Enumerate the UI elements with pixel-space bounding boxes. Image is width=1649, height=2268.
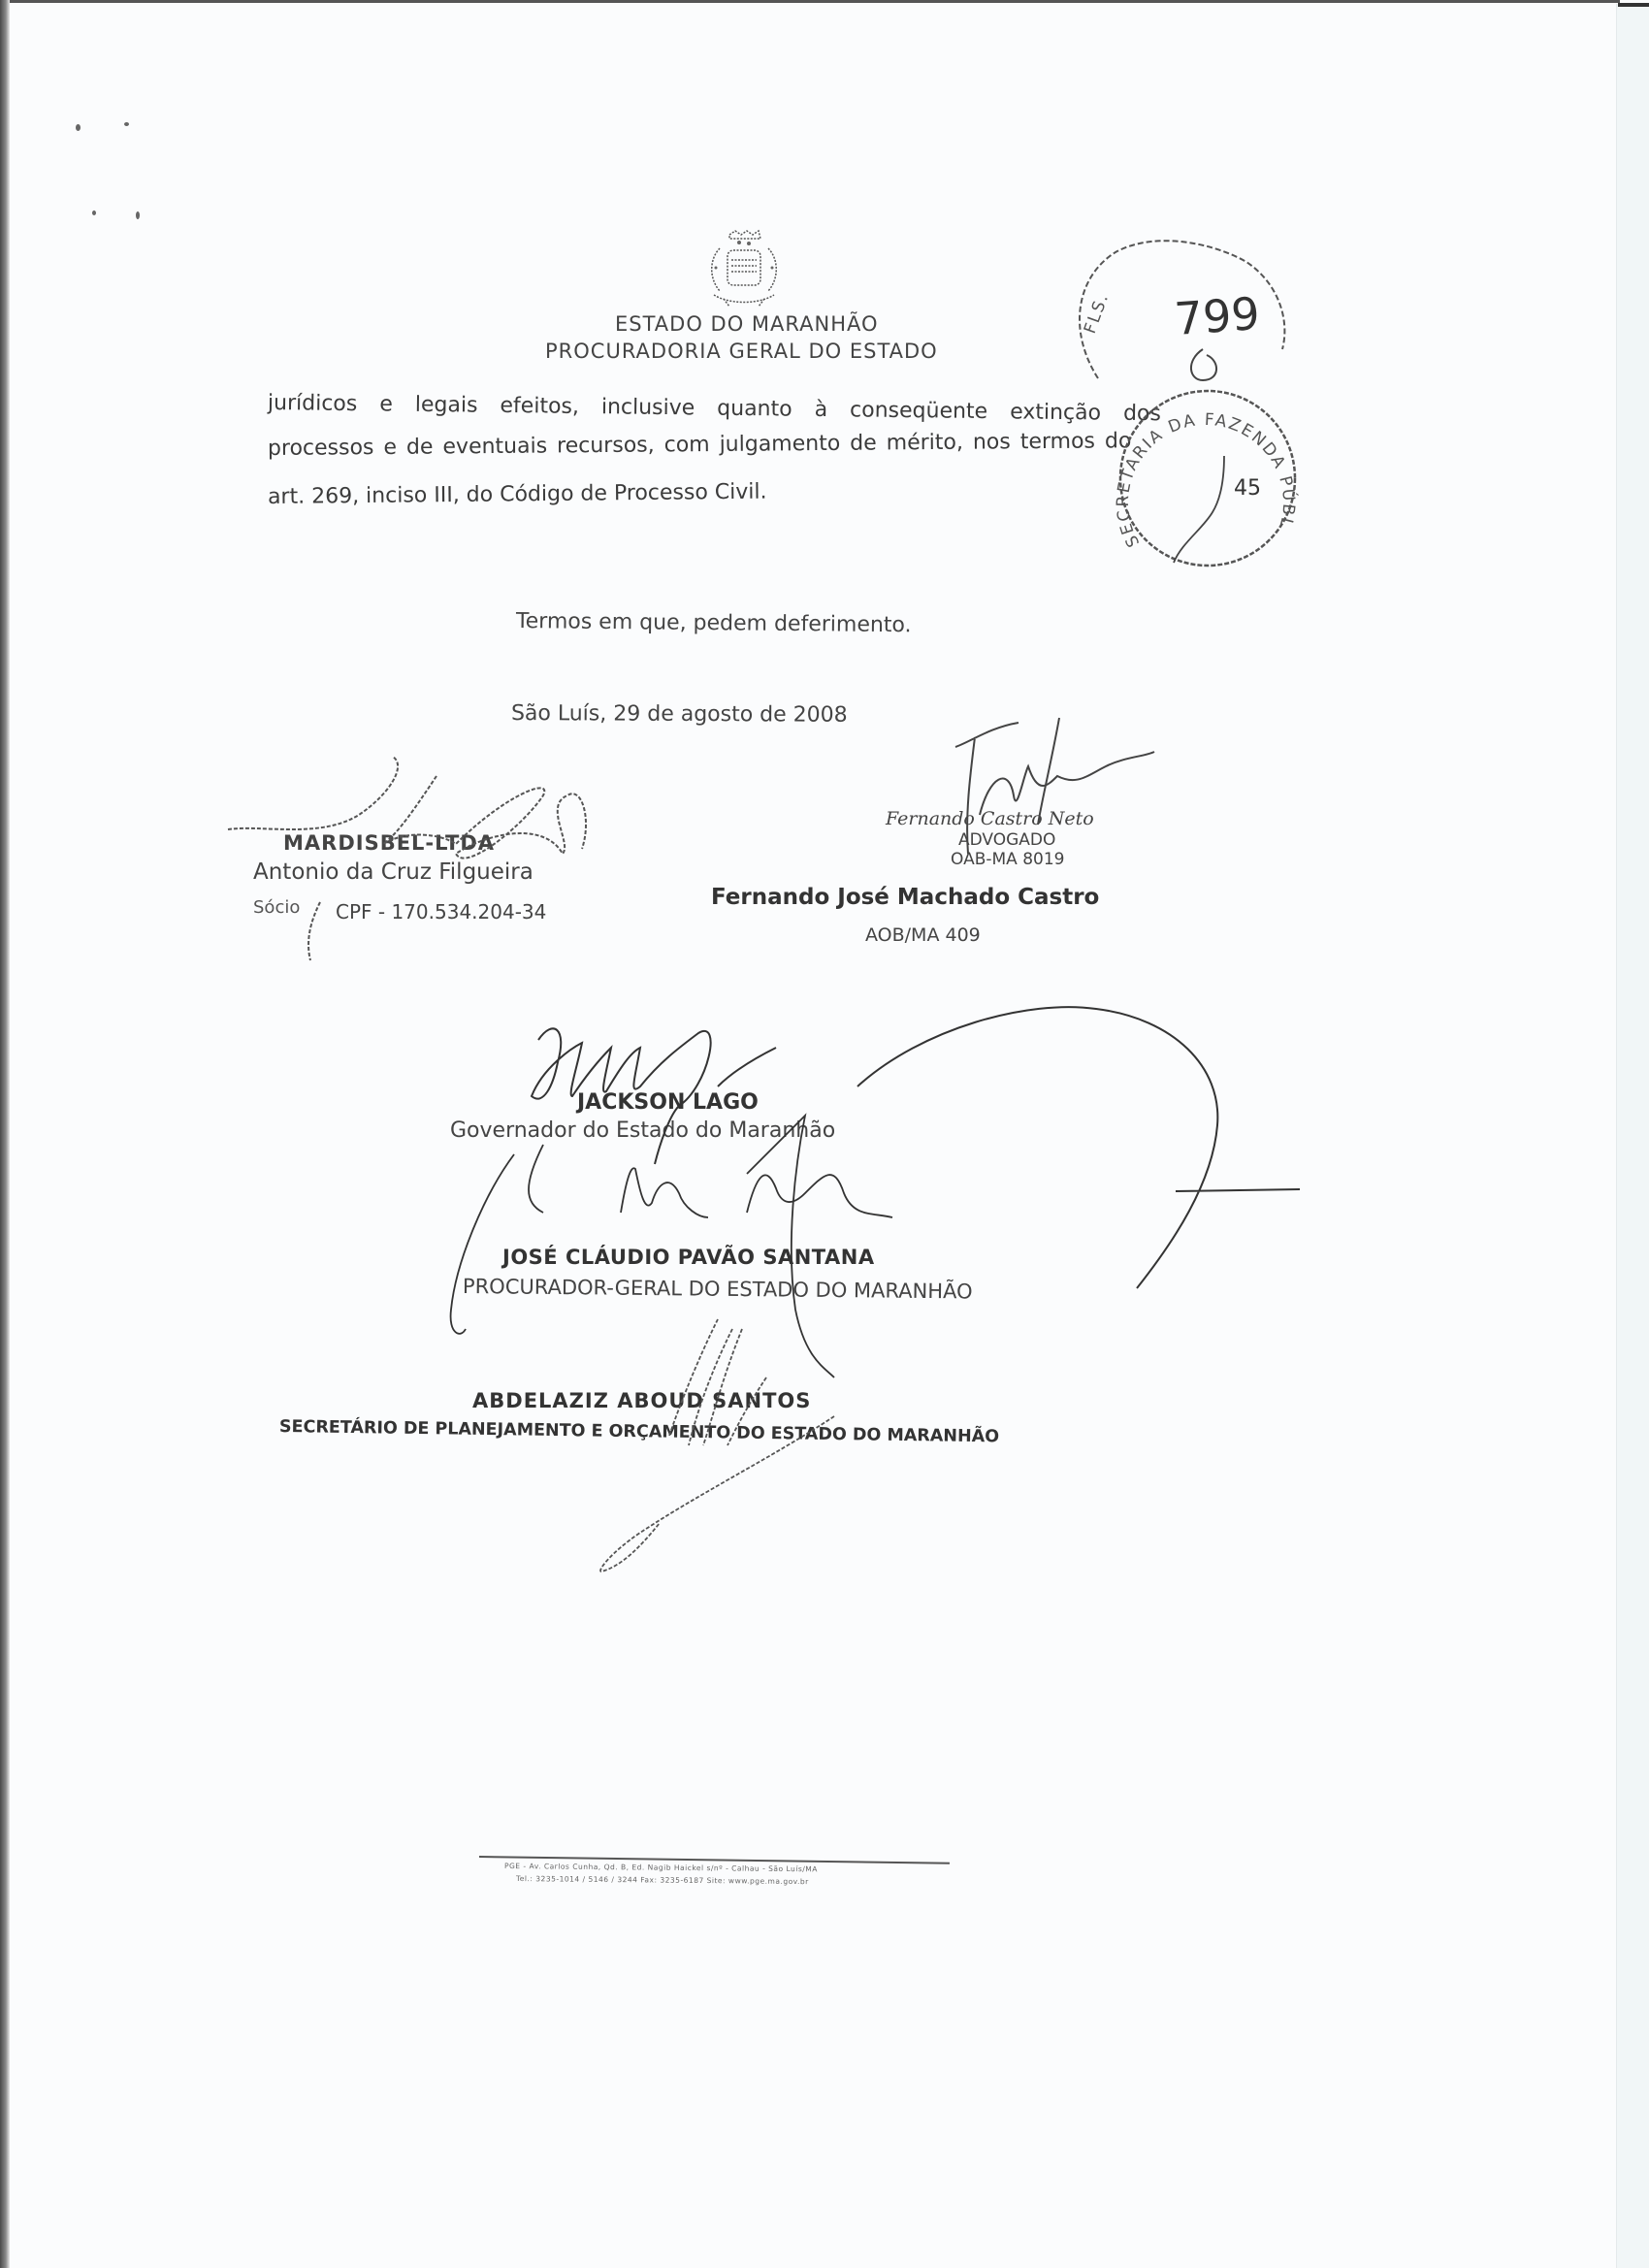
company-name: MARDISBEL-LTDA bbox=[283, 831, 495, 855]
lawyer-oab: AOB/MA 409 bbox=[865, 924, 981, 946]
svg-text:SECRETARIA DA FAZENDA PÚBLICA: SECRETARIA DA FAZENDA PÚBLICA bbox=[0, 0, 1300, 550]
attorney-general-name: JOSÉ CLÁUDIO PAVÃO SANTANA bbox=[502, 1246, 875, 1269]
scan-border-left bbox=[0, 0, 10, 2268]
seal-number: 45 bbox=[1234, 476, 1261, 501]
folio-stamp: FLS. 799 bbox=[1080, 241, 1284, 380]
scan-right-margin bbox=[1616, 4, 1649, 2268]
lawyer-stamp-name: Fernando Castro Neto bbox=[886, 808, 1094, 829]
scan-speck bbox=[92, 211, 96, 215]
scan-speck bbox=[124, 122, 129, 126]
body-line-1: jurídicos e legais efeitos, inclusive qu… bbox=[268, 391, 1161, 426]
svg-text:FLS.: FLS. bbox=[1081, 290, 1114, 337]
company-signature bbox=[228, 757, 586, 960]
body-line-2: processos e de eventuais recursos, com j… bbox=[268, 429, 1132, 461]
header-state-name: ESTADO DO MARANHÃO bbox=[615, 312, 879, 336]
secretary-title: SECRETÁRIO DE PLANEJAMENTO E ORÇAMENTO D… bbox=[279, 1417, 999, 1446]
body-line-3: art. 269, inciso III, do Código de Proce… bbox=[268, 480, 767, 509]
footer-address: PGE - Av. Carlos Cunha, Qd. B, Ed. Nagib… bbox=[504, 1862, 818, 1873]
secretary-signature bbox=[600, 1319, 834, 1571]
scan-speck bbox=[136, 211, 140, 219]
company-cpf: CPF - 170.534.204-34 bbox=[336, 900, 546, 923]
footer-contact: Tel.: 3235-1014 / 5146 / 3244 Fax: 3235-… bbox=[516, 1874, 809, 1886]
lawyer-name: Fernando José Machado Castro bbox=[711, 885, 1099, 910]
lawyer-stamp-oab: OAB-MA 8019 bbox=[951, 850, 1064, 869]
company-role: Sócio bbox=[253, 897, 300, 918]
governor-flourish bbox=[857, 1007, 1300, 1288]
date-line: São Luís, 29 de agosto de 2008 bbox=[511, 701, 848, 728]
lawyer-stamp-title: ADVOGADO bbox=[958, 830, 1055, 850]
scan-border-top bbox=[0, 0, 1620, 3]
closing-request: Termos em que, pedem deferimento. bbox=[516, 609, 912, 637]
governor-name: JACKSON LAGO bbox=[577, 1090, 759, 1115]
coat-of-arms-icon bbox=[691, 229, 797, 310]
company-representative: Antonio da Cruz Filgueira bbox=[253, 859, 533, 885]
governor-title: Governador do Estado do Maranhão bbox=[450, 1118, 835, 1143]
scan-right-margin-edge bbox=[1618, 3, 1649, 7]
attorney-general-title: PROCURADOR-GERAL DO ESTADO DO MARANHÃO bbox=[463, 1275, 973, 1304]
secretary-name: ABDELAZIZ ABOUD SANTOS bbox=[472, 1389, 811, 1412]
header-agency-name: PROCURADORIA GERAL DO ESTADO bbox=[545, 340, 938, 363]
scan-speck bbox=[76, 124, 81, 131]
folio-number: 799 bbox=[1173, 287, 1261, 345]
